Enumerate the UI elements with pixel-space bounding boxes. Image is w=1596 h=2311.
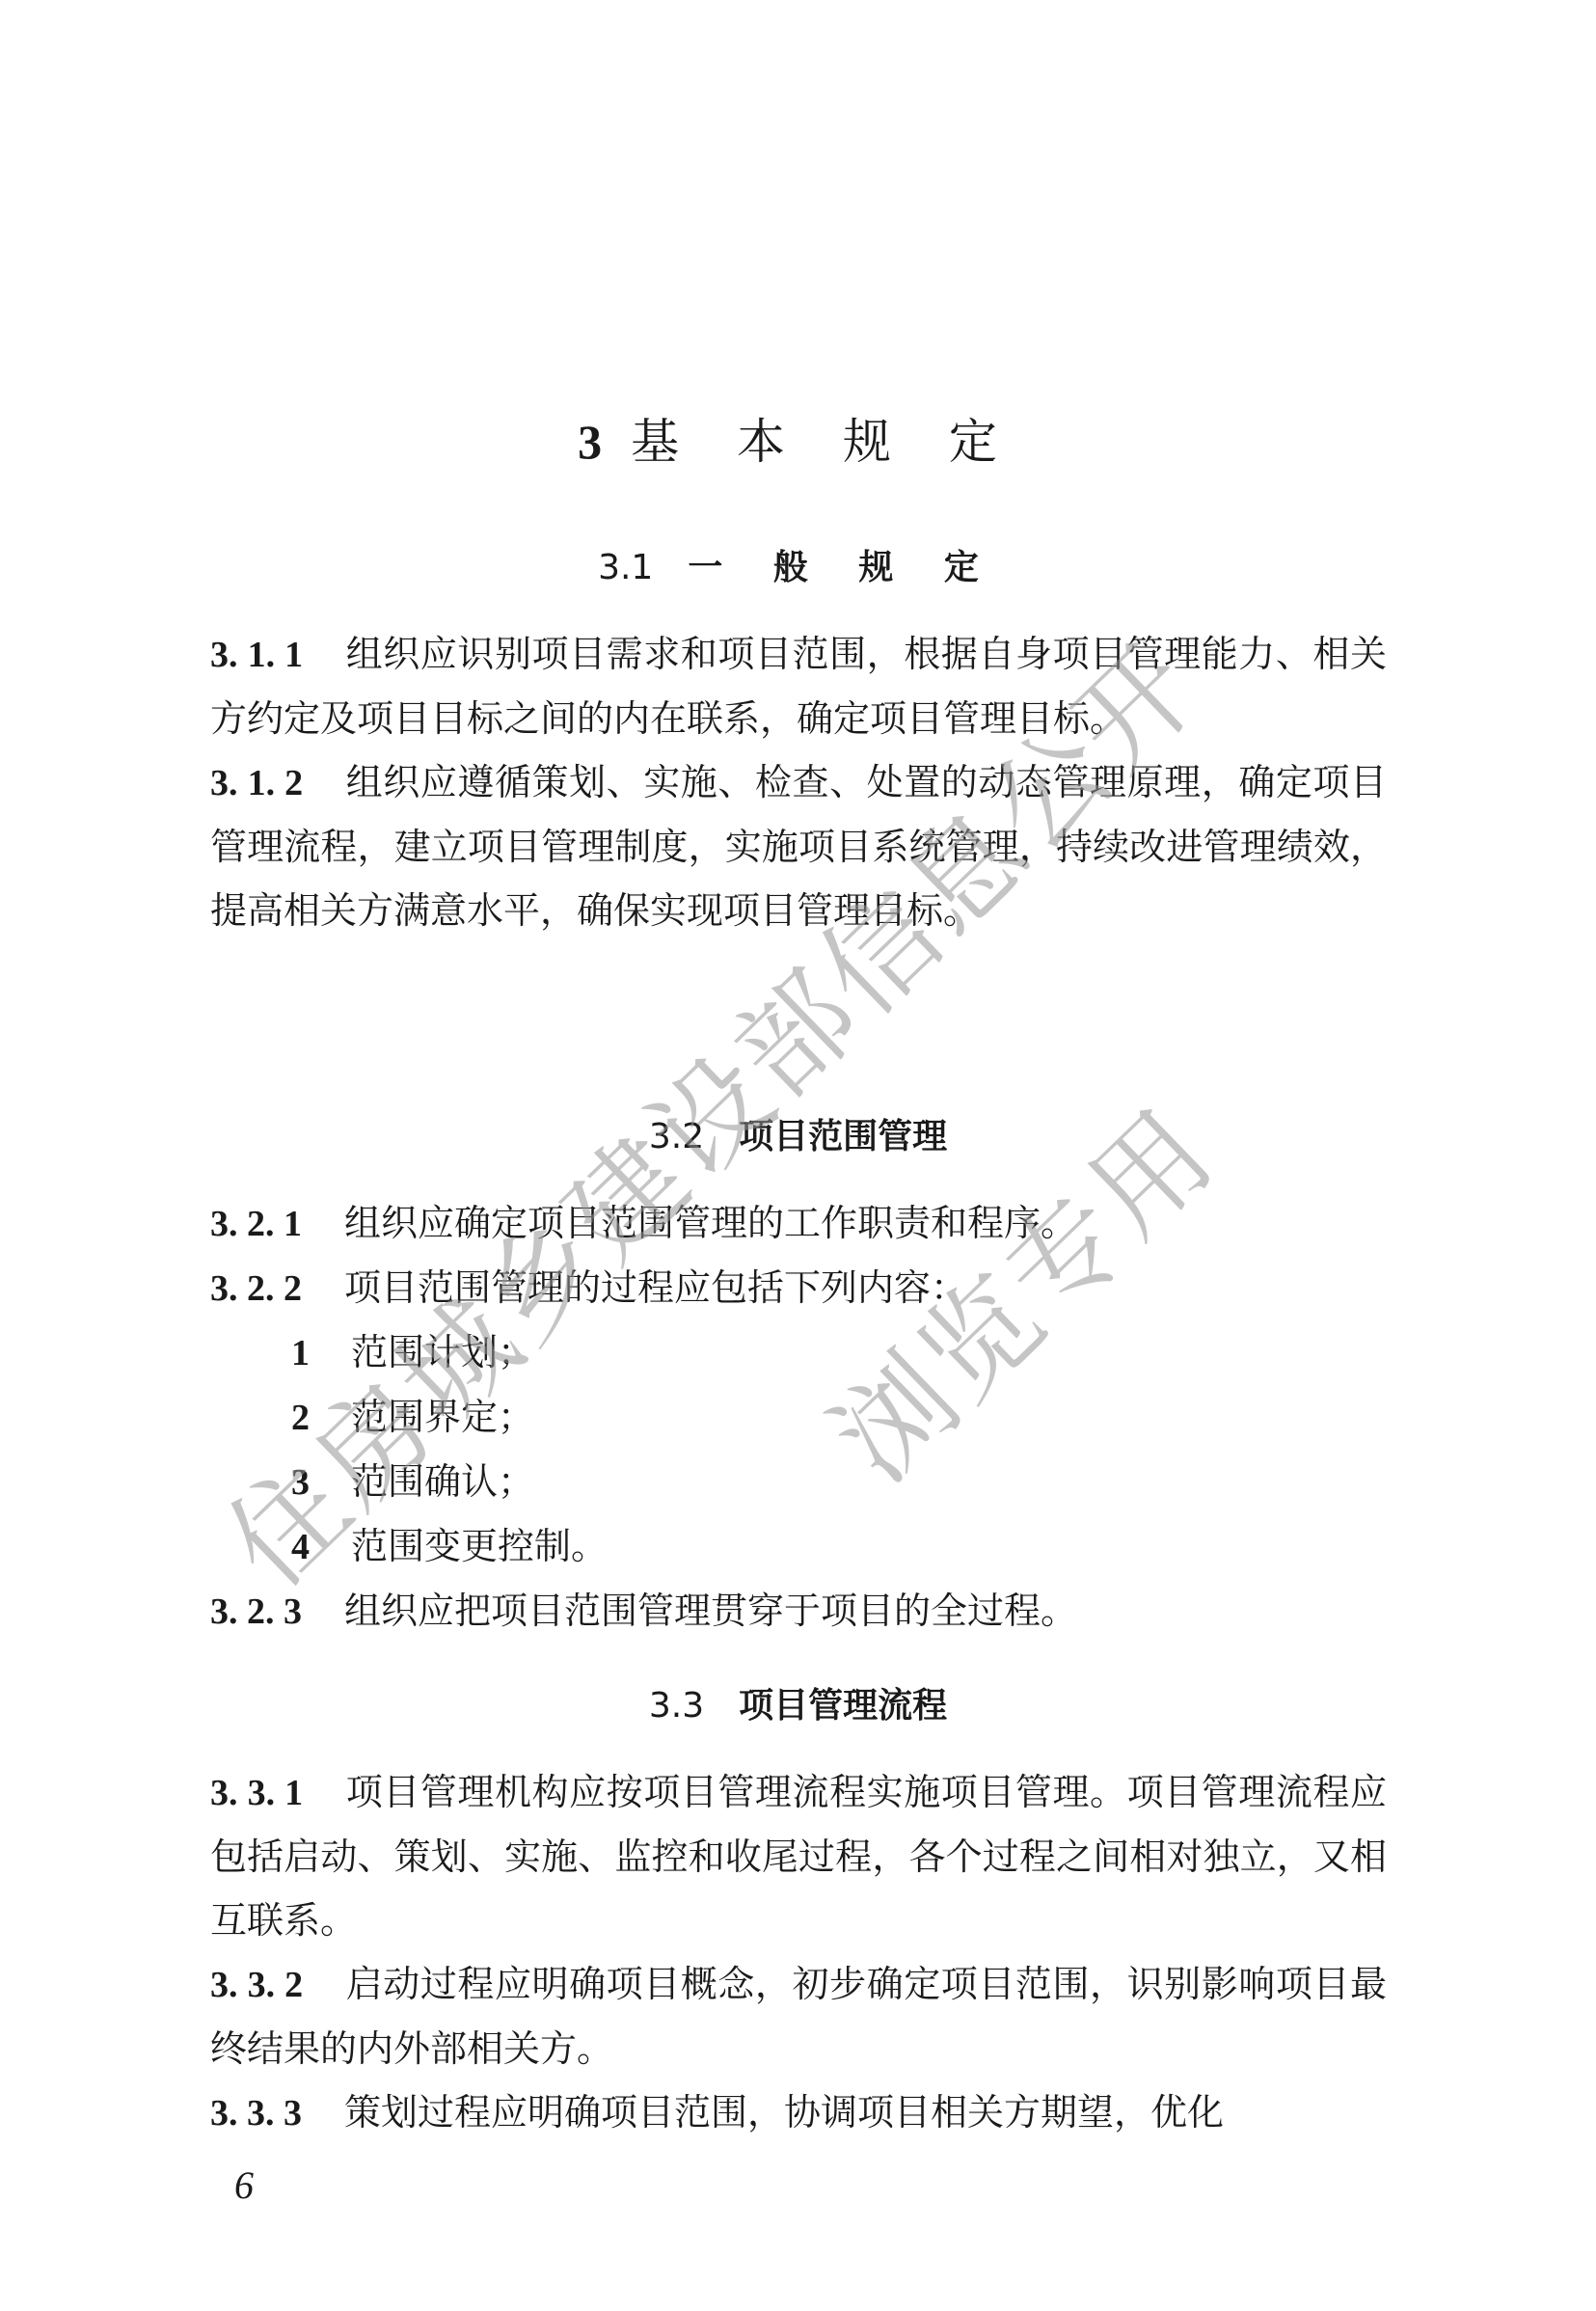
item-text: 范围界定；: [351, 1396, 534, 1438]
section-title-text: 项目管理流程: [739, 1686, 947, 1726]
section-number: 3.1: [598, 548, 653, 587]
item-number: 4: [291, 1515, 328, 1579]
page-number: 6: [234, 2162, 254, 2208]
section-title-3-2: 3.2项目范围管理: [0, 1109, 1596, 1158]
section-number: 3.2: [649, 1117, 704, 1156]
clause-number: 3. 1. 2: [210, 763, 303, 803]
section-body-3-2: 3. 2. 1组织应确定项目范围管理的工作职责和程序。 3. 2. 2项目范围管…: [210, 1191, 1387, 1644]
section-number: 3.3: [649, 1686, 704, 1726]
clause-3-1-2: 3. 1. 2组织应遵循策划、实施、检查、处置的动态管理原理，确定项目管理流程，…: [210, 750, 1387, 942]
chapter-number: 3: [578, 415, 602, 469]
clause-3-3-1: 3. 3. 1项目管理机构应按项目管理流程实施项目管理。项目管理流程应包括启动、…: [210, 1760, 1387, 1952]
list-item: 1范围计划；: [210, 1320, 1387, 1385]
clause-3-3-3: 3. 3. 3策划过程应明确项目范围，协调项目相关方期望，优化: [210, 2080, 1387, 2145]
clause-number: 3. 1. 1: [210, 635, 303, 675]
list-item: 2范围界定；: [210, 1385, 1387, 1450]
clause-number: 3. 2. 1: [210, 1204, 302, 1244]
item-text: 范围确认；: [351, 1460, 534, 1503]
clause-3-3-2: 3. 3. 2启动过程应明确项目概念，初步确定项目范围，识别影响项目最终结果的内…: [210, 1952, 1387, 2080]
clause-number: 3. 2. 3: [210, 1591, 302, 1632]
clause-text: 组织应遵循策划、实施、检查、处置的动态管理原理，确定项目管理流程，建立项目管理制…: [210, 761, 1387, 932]
list-item: 4范围变更控制。: [210, 1514, 1387, 1579]
list-item: 3范围确认；: [210, 1450, 1387, 1514]
clause-text: 组织应确定项目范围管理的工作职责和程序。: [344, 1202, 1077, 1244]
section-title-3-3: 3.3项目管理流程: [0, 1678, 1596, 1727]
clause-text: 组织应识别项目需求和项目范围，根据自身项目管理能力、相关方约定及项目目标之间的内…: [210, 633, 1387, 740]
item-number: 1: [291, 1321, 328, 1385]
clause-number: 3. 3. 2: [210, 1965, 303, 2005]
clause-3-2-2: 3. 2. 2项目范围管理的过程应包括下列内容：: [210, 1256, 1387, 1320]
item-number: 3: [291, 1451, 328, 1514]
clause-3-1-1: 3. 1. 1组织应识别项目需求和项目范围，根据自身项目管理能力、相关方约定及项…: [210, 622, 1387, 750]
clause-text: 策划过程应明确项目范围，协调项目相关方期望，优化: [344, 2091, 1224, 2134]
clause-3-2-1: 3. 2. 1组织应确定项目范围管理的工作职责和程序。: [210, 1191, 1387, 1256]
chapter-title-text: 基 本 规 定: [631, 414, 1018, 470]
clause-number: 3. 3. 3: [210, 2093, 302, 2134]
item-text: 范围变更控制。: [351, 1525, 608, 1567]
item-text: 范围计划；: [351, 1331, 534, 1373]
chapter-title: 3基 本 规 定: [0, 403, 1596, 473]
clause-number: 3. 2. 2: [210, 1268, 302, 1309]
section-body-3-1: 3. 1. 1组织应识别项目需求和项目范围，根据自身项目管理能力、相关方约定及项…: [210, 622, 1387, 942]
section-title-text: 一 般 规 定: [688, 548, 998, 587]
clause-number: 3. 3. 1: [210, 1773, 303, 1813]
document-page: 3基 本 规 定 3.1一 般 规 定 3. 1. 1组织应识别项目需求和项目范…: [0, 0, 1596, 2311]
clause-text: 项目范围管理的过程应包括下列内容：: [344, 1266, 967, 1309]
clause-text: 项目管理机构应按项目管理流程实施项目管理。项目管理流程应包括启动、策划、实施、监…: [210, 1771, 1387, 1942]
section-title-3-1: 3.1一 般 规 定: [0, 540, 1596, 589]
section-title-text: 项目范围管理: [739, 1117, 947, 1156]
item-number: 2: [291, 1386, 328, 1450]
clause-3-2-3: 3. 2. 3组织应把项目范围管理贯穿于项目的全过程。: [210, 1579, 1387, 1644]
clause-text: 启动过程应明确项目概念，初步确定项目范围，识别影响项目最终结果的内外部相关方。: [210, 1963, 1387, 2070]
section-body-3-3: 3. 3. 1项目管理机构应按项目管理流程实施项目管理。项目管理流程应包括启动、…: [210, 1760, 1387, 2145]
clause-text: 组织应把项目范围管理贯穿于项目的全过程。: [344, 1590, 1077, 1632]
